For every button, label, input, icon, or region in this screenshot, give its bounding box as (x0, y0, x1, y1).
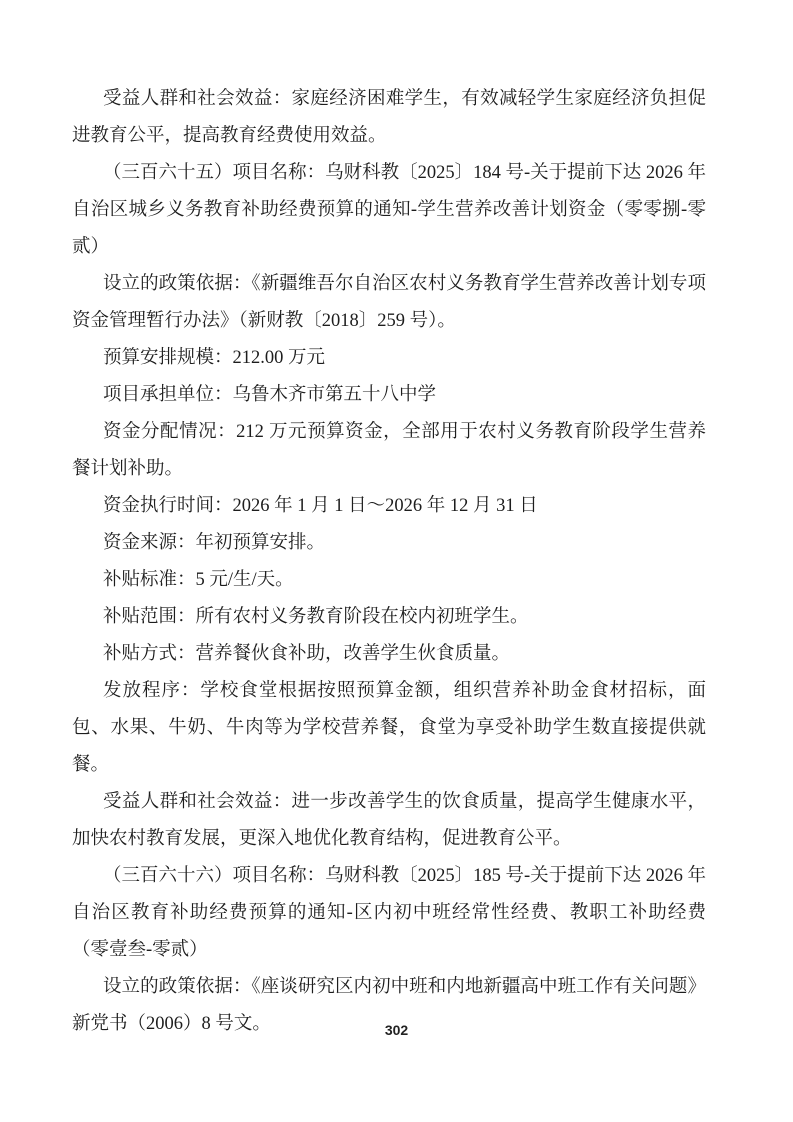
paragraph-budget-scale: 预算安排规模：212.00 万元 (72, 340, 706, 377)
paragraph-project-366-title: （三百六十六）项目名称：乌财科教〔2025〕185 号-关于提前下达 2026 … (72, 858, 706, 969)
paragraph-execution-period: 资金执行时间：2026 年 1 月 1 日～2026 年 12 月 31 日 (72, 488, 706, 525)
paragraph-subsidy-method: 补贴方式：营养餐伙食补助，改善学生伙食质量。 (72, 636, 706, 673)
paragraph-distribution-procedure: 发放程序：学校食堂根据按照预算金额，组织营养补助金食材招标，面包、水果、牛奶、牛… (72, 673, 706, 784)
paragraph-undertaking-unit: 项目承担单位：乌鲁木齐市第五十八中学 (72, 377, 706, 414)
paragraph-subsidy-standard: 补贴标准：5 元/生/天。 (72, 562, 706, 599)
page-number: 302 (0, 1022, 793, 1038)
document-page: 受益人群和社会效益：家庭经济困难学生，有效减轻学生家庭经济负担促进教育公平，提高… (0, 0, 793, 1122)
paragraph-beneficiary-1: 受益人群和社会效益：家庭经济困难学生，有效减轻学生家庭经济负担促进教育公平，提高… (72, 81, 706, 155)
paragraph-fund-source: 资金来源：年初预算安排。 (72, 525, 706, 562)
document-body: 受益人群和社会效益：家庭经济困难学生，有效减轻学生家庭经济负担促进教育公平，提高… (72, 81, 706, 1043)
paragraph-policy-basis-365: 设立的政策依据：《新疆维吾尔自治区农村义务教育学生营养改善计划专项资金管理暂行办… (72, 266, 706, 340)
paragraph-subsidy-scope: 补贴范围：所有农村义务教育阶段在校内初班学生。 (72, 599, 706, 636)
paragraph-project-365-title: （三百六十五）项目名称：乌财科教〔2025〕184 号-关于提前下达 2026 … (72, 155, 706, 266)
paragraph-fund-allocation: 资金分配情况：212 万元预算资金，全部用于农村义务教育阶段学生营养餐计划补助。 (72, 414, 706, 488)
paragraph-beneficiary-2: 受益人群和社会效益：进一步改善学生的饮食质量，提高学生健康水平，加快农村教育发展… (72, 784, 706, 858)
